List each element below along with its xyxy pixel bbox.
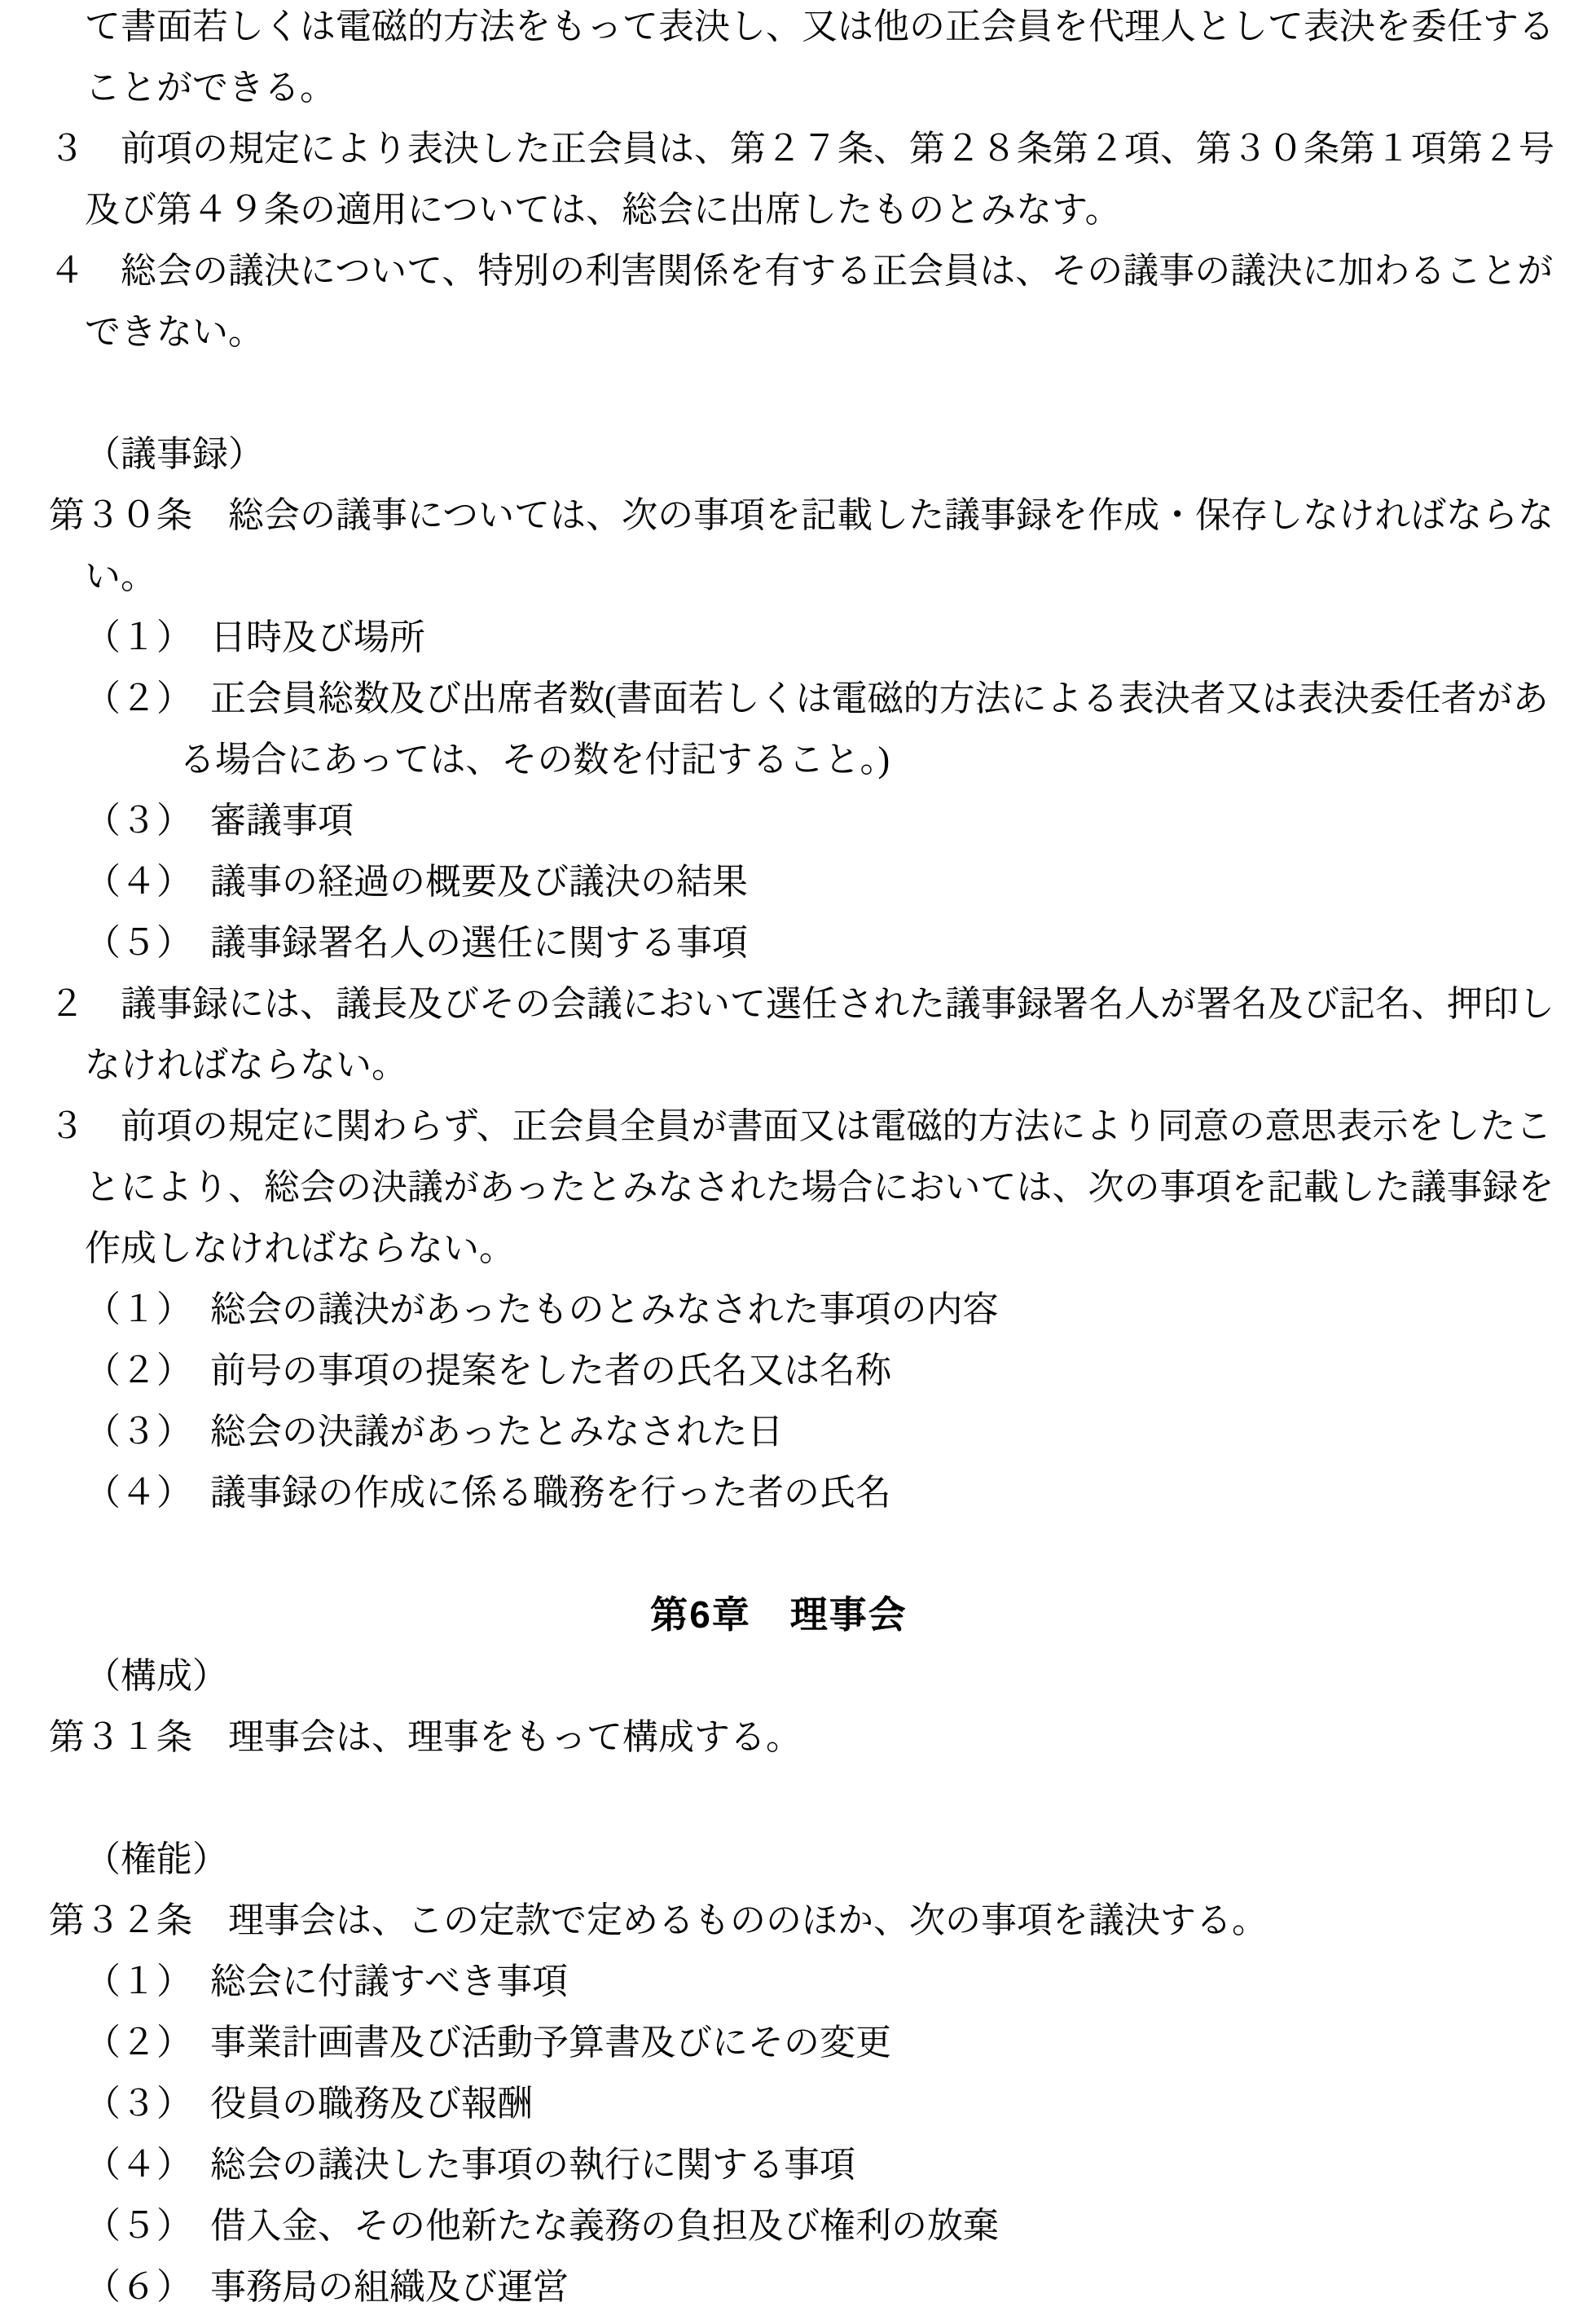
text-line: （権能） — [85, 1829, 1558, 1890]
text-line: （２） 正会員総数及び出席者数(書面若しくは電磁的方法による表決者又は表決委任者… — [85, 668, 1558, 729]
text-line: （２） 前号の事項の提案をした者の氏名又は名称 — [85, 1340, 1558, 1401]
text-line: 第３１条 理事会は、理事をもって構成する。 — [49, 1707, 1558, 1768]
text-line: （構成） — [85, 1645, 1558, 1707]
text-line: ２ 議事録には、議長及びその会議において選任された議事録署名人が署名及び記名、押… — [49, 973, 1558, 1035]
text-line: 及び第４９条の適用については、総会に出席したものとみなす。 — [85, 179, 1558, 240]
text-line: （４） 総会の議決した事項の執行に関する事項 — [85, 2134, 1558, 2195]
text-line: 第３２条 理事会は、この定款で定めるもののほか、次の事項を議決する。 — [49, 1890, 1558, 1951]
blank-line — [49, 1768, 1558, 1829]
text-line: ３ 前項の規定により表決した正会員は、第２７条、第２８条第２項、第３０条第１項第… — [49, 118, 1558, 179]
text-line: （５） 借入金、その他新たな義務の負担及び権利の放棄 — [85, 2195, 1558, 2256]
text-line: （３） 総会の決議があったとみなされた日 — [85, 1401, 1558, 1462]
text-line: なければならない。 — [85, 1035, 1558, 1096]
text-line: （１） 日時及び場所 — [85, 607, 1558, 668]
chapter-heading: 第6章 理事会 — [49, 1584, 1558, 1645]
text-line: （１） 総会に付議すべき事項 — [85, 1951, 1558, 2012]
text-line: ことができる。 — [85, 57, 1558, 118]
text-line: （２） 事業計画書及び活動予算書及びにその変更 — [85, 2012, 1558, 2073]
text-line: る場合にあっては、その数を付記すること。) — [179, 729, 1558, 790]
text-line: て書面若しくは電磁的方法をもって表決し、又は他の正会員を代理人として表決を委任す… — [85, 0, 1558, 57]
text-line: （６） 事務局の組織及び運営 — [85, 2256, 1558, 2317]
blank-line — [49, 362, 1558, 424]
text-line: とにより、総会の決議があったとみなされた場合においては、次の事項を記載した議事録… — [85, 1157, 1558, 1218]
text-line: （議事録） — [85, 424, 1558, 485]
document-page: て書面若しくは電磁的方法をもって表決し、又は他の正会員を代理人として表決を委任す… — [0, 0, 1574, 2324]
text-line: できない。 — [85, 301, 1558, 362]
text-line: 第３０条 総会の議事については、次の事項を記載した議事録を作成・保存しなければな… — [49, 485, 1558, 546]
text-line: ３ 前項の規定に関わらず、正会員全員が書面又は電磁的方法により同意の意思表示をし… — [49, 1096, 1558, 1157]
text-line: い。 — [85, 546, 1558, 607]
text-line: （５） 議事録署名人の選任に関する事項 — [85, 912, 1558, 973]
document-lines: て書面若しくは電磁的方法をもって表決し、又は他の正会員を代理人として表決を委任す… — [49, 0, 1558, 2317]
text-line: （３） 役員の職務及び報酬 — [85, 2073, 1558, 2134]
text-line: （４） 議事の経過の概要及び議決の結果 — [85, 851, 1558, 912]
text-line: 作成しなければならない。 — [85, 1218, 1558, 1279]
text-line: （４） 議事録の作成に係る職務を行った者の氏名 — [85, 1462, 1558, 1523]
text-line: ４ 総会の議決について、特別の利害関係を有する正会員は、その議事の議決に加わるこ… — [49, 240, 1558, 301]
text-line: （３） 審議事項 — [85, 790, 1558, 851]
blank-line — [49, 1523, 1558, 1584]
text-line: （１） 総会の議決があったものとみなされた事項の内容 — [85, 1279, 1558, 1340]
